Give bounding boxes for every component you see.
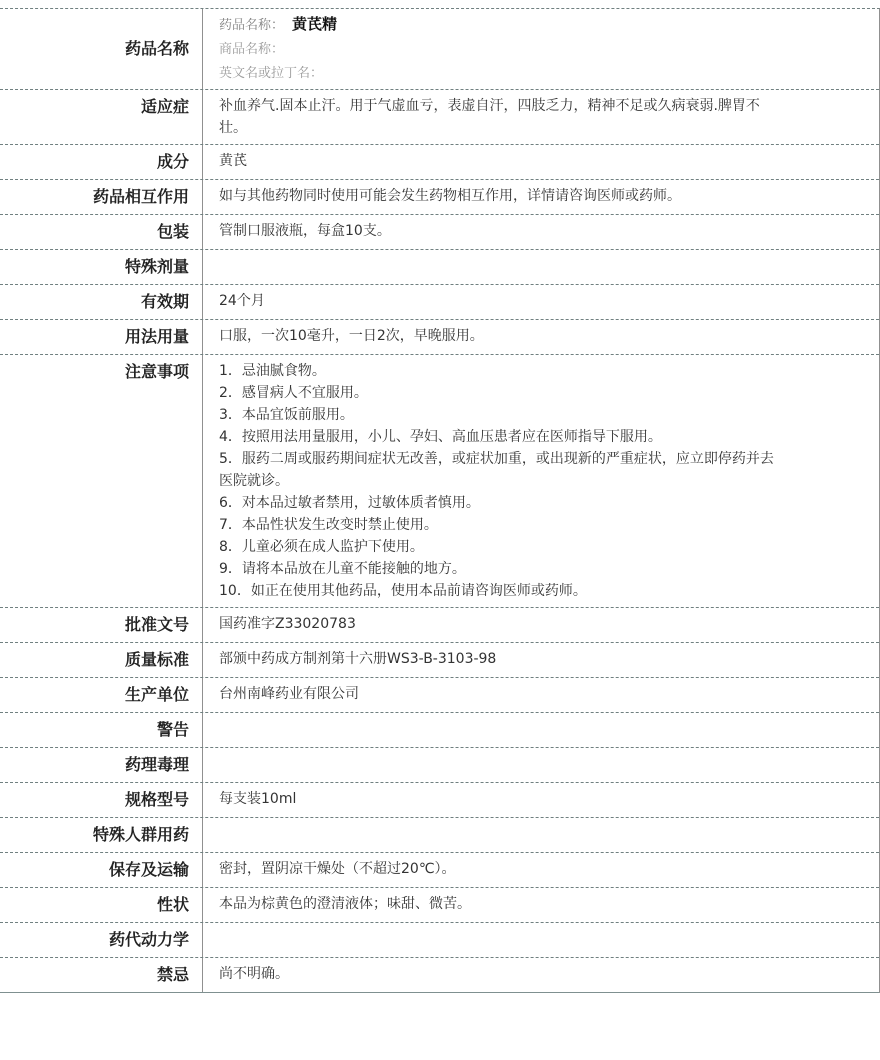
value-line: 24个月 bbox=[219, 290, 867, 312]
name-field-value: 黄芪精 bbox=[292, 15, 337, 33]
table-row: 质量标准 部颁中药成方制剂第十六册WS3-B-3103-98 bbox=[0, 643, 879, 678]
value-line: 密封，置阴凉干燥处（不超过20℃）。 bbox=[219, 858, 867, 880]
table-row: 性状 本品为棕黄色的澄清液体；味甜、微苦。 bbox=[0, 888, 879, 923]
row-label: 用法用量 bbox=[0, 320, 203, 354]
row-label: 规格型号 bbox=[0, 783, 203, 817]
table-row: 禁忌 尚不明确。 bbox=[0, 958, 879, 993]
value-line: 6．对本品过敏者禁用，过敏体质者慎用。 bbox=[219, 492, 867, 514]
row-label: 药品相互作用 bbox=[0, 180, 203, 214]
row-value bbox=[203, 250, 879, 284]
value-line: 台州南峰药业有限公司 bbox=[219, 683, 867, 705]
value-line: 壮。 bbox=[219, 117, 867, 139]
row-label: 适应症 bbox=[0, 90, 203, 144]
table-row: 适应症 补血养气.固本止汗。用于气虚血亏，表虚自汗，四肢乏力，精神不足或久病衰弱… bbox=[0, 90, 879, 145]
row-label: 警告 bbox=[0, 713, 203, 747]
row-value bbox=[203, 713, 879, 747]
value-line: 管制口服液瓶，每盒10支。 bbox=[219, 220, 867, 242]
row-value: 黄芪 bbox=[203, 145, 879, 179]
row-label-wrap: 药品名称 bbox=[0, 9, 203, 89]
table-row: 药代动力学 bbox=[0, 923, 879, 958]
row-value: 管制口服液瓶，每盒10支。 bbox=[203, 215, 879, 249]
value-line: 部颁中药成方制剂第十六册WS3-B-3103-98 bbox=[219, 648, 867, 670]
table-row: 规格型号 每支装10ml bbox=[0, 783, 879, 818]
value-line: 8．儿童必须在成人监护下使用。 bbox=[219, 536, 867, 558]
row-value: 本品为棕黄色的澄清液体；味甜、微苦。 bbox=[203, 888, 879, 922]
row-label: 性状 bbox=[0, 888, 203, 922]
row-value bbox=[203, 923, 879, 957]
table-row: 药品名称 药品名称：黄芪精商品名称：英文名或拉丁名： bbox=[0, 9, 879, 90]
drug-info-table: 药品名称 药品名称：黄芪精商品名称：英文名或拉丁名： 适应症 补血养气.固本止汗… bbox=[0, 8, 880, 993]
row-value: 药品名称：黄芪精商品名称：英文名或拉丁名： bbox=[203, 9, 879, 89]
row-value: 1．忌油腻食物。2．感冒病人不宜服用。3．本品宜饭前服用。4．按照用法用量服用，… bbox=[203, 355, 879, 607]
row-label: 质量标准 bbox=[0, 643, 203, 677]
value-line: 医院就诊。 bbox=[219, 470, 867, 492]
row-label: 特殊剂量 bbox=[0, 250, 203, 284]
row-label: 包装 bbox=[0, 215, 203, 249]
row-label: 特殊人群用药 bbox=[0, 818, 203, 852]
row-value bbox=[203, 818, 879, 852]
table-row: 批准文号 国药准字Z33020783 bbox=[0, 608, 879, 643]
table-row: 有效期 24个月 bbox=[0, 285, 879, 320]
name-field: 英文名或拉丁名： bbox=[219, 61, 867, 85]
value-line: 如与其他药物同时使用可能会发生药物相互作用，详情请咨询医师或药师。 bbox=[219, 185, 867, 207]
name-field: 商品名称： bbox=[219, 37, 867, 61]
value-line: 黄芪 bbox=[219, 150, 867, 172]
value-line: 7．本品性状发生改变时禁止使用。 bbox=[219, 514, 867, 536]
row-value: 补血养气.固本止汗。用于气虚血亏，表虚自汗，四肢乏力，精神不足或久病衰弱.脾胃不… bbox=[203, 90, 879, 144]
table-row: 注意事项 1．忌油腻食物。2．感冒病人不宜服用。3．本品宜饭前服用。4．按照用法… bbox=[0, 355, 879, 608]
row-value: 台州南峰药业有限公司 bbox=[203, 678, 879, 712]
value-line: 国药准字Z33020783 bbox=[219, 613, 867, 635]
table-row: 包装 管制口服液瓶，每盒10支。 bbox=[0, 215, 879, 250]
value-line: 2．感冒病人不宜服用。 bbox=[219, 382, 867, 404]
row-value bbox=[203, 748, 879, 782]
value-line: 每支装10ml bbox=[219, 788, 867, 810]
table-row: 药理毒理 bbox=[0, 748, 879, 783]
table-row: 保存及运输 密封，置阴凉干燥处（不超过20℃）。 bbox=[0, 853, 879, 888]
table-row: 特殊剂量 bbox=[0, 250, 879, 285]
row-value: 口服，一次10毫升，一日2次，早晚服用。 bbox=[203, 320, 879, 354]
row-label: 注意事项 bbox=[0, 355, 203, 607]
row-value: 如与其他药物同时使用可能会发生药物相互作用，详情请咨询医师或药师。 bbox=[203, 180, 879, 214]
value-line: 1．忌油腻食物。 bbox=[219, 360, 867, 382]
table-row: 药品相互作用 如与其他药物同时使用可能会发生药物相互作用，详情请咨询医师或药师。 bbox=[0, 180, 879, 215]
row-value: 尚不明确。 bbox=[203, 958, 879, 992]
row-value: 24个月 bbox=[203, 285, 879, 319]
value-line: 10．如正在使用其他药品，使用本品前请咨询医师或药师。 bbox=[219, 580, 867, 602]
value-line: 4．按照用法用量服用，小儿、孕妇、高血压患者应在医师指导下服用。 bbox=[219, 426, 867, 448]
row-label: 药品名称 bbox=[0, 38, 202, 60]
table-row: 警告 bbox=[0, 713, 879, 748]
row-label: 禁忌 bbox=[0, 958, 203, 992]
row-label: 成分 bbox=[0, 145, 203, 179]
row-label: 有效期 bbox=[0, 285, 203, 319]
table-row: 成分 黄芪 bbox=[0, 145, 879, 180]
row-label: 保存及运输 bbox=[0, 853, 203, 887]
value-line: 3．本品宜饭前服用。 bbox=[219, 404, 867, 426]
table-row: 特殊人群用药 bbox=[0, 818, 879, 853]
row-label: 批准文号 bbox=[0, 608, 203, 642]
value-line: 补血养气.固本止汗。用于气虚血亏，表虚自汗，四肢乏力，精神不足或久病衰弱.脾胃不 bbox=[219, 95, 867, 117]
row-label: 生产单位 bbox=[0, 678, 203, 712]
row-value: 部颁中药成方制剂第十六册WS3-B-3103-98 bbox=[203, 643, 879, 677]
row-value: 国药准字Z33020783 bbox=[203, 608, 879, 642]
row-value: 每支装10ml bbox=[203, 783, 879, 817]
value-line: 尚不明确。 bbox=[219, 963, 867, 985]
value-line: 本品为棕黄色的澄清液体；味甜、微苦。 bbox=[219, 893, 867, 915]
row-value: 密封，置阴凉干燥处（不超过20℃）。 bbox=[203, 853, 879, 887]
value-line: 5．服药二周或服药期间症状无改善，或症状加重，或出现新的严重症状，应立即停药并去 bbox=[219, 448, 867, 470]
row-label: 药代动力学 bbox=[0, 923, 203, 957]
table-row: 生产单位 台州南峰药业有限公司 bbox=[0, 678, 879, 713]
name-field-label: 英文名或拉丁名： bbox=[219, 66, 323, 81]
name-field-label: 商品名称： bbox=[219, 42, 284, 57]
table-row: 用法用量 口服，一次10毫升，一日2次，早晚服用。 bbox=[0, 320, 879, 355]
value-line: 口服，一次10毫升，一日2次，早晚服用。 bbox=[219, 325, 867, 347]
name-field: 药品名称：黄芪精 bbox=[219, 13, 867, 37]
value-line: 9．请将本品放在儿童不能接触的地方。 bbox=[219, 558, 867, 580]
name-field-label: 药品名称： bbox=[219, 18, 284, 33]
row-label: 药理毒理 bbox=[0, 748, 203, 782]
